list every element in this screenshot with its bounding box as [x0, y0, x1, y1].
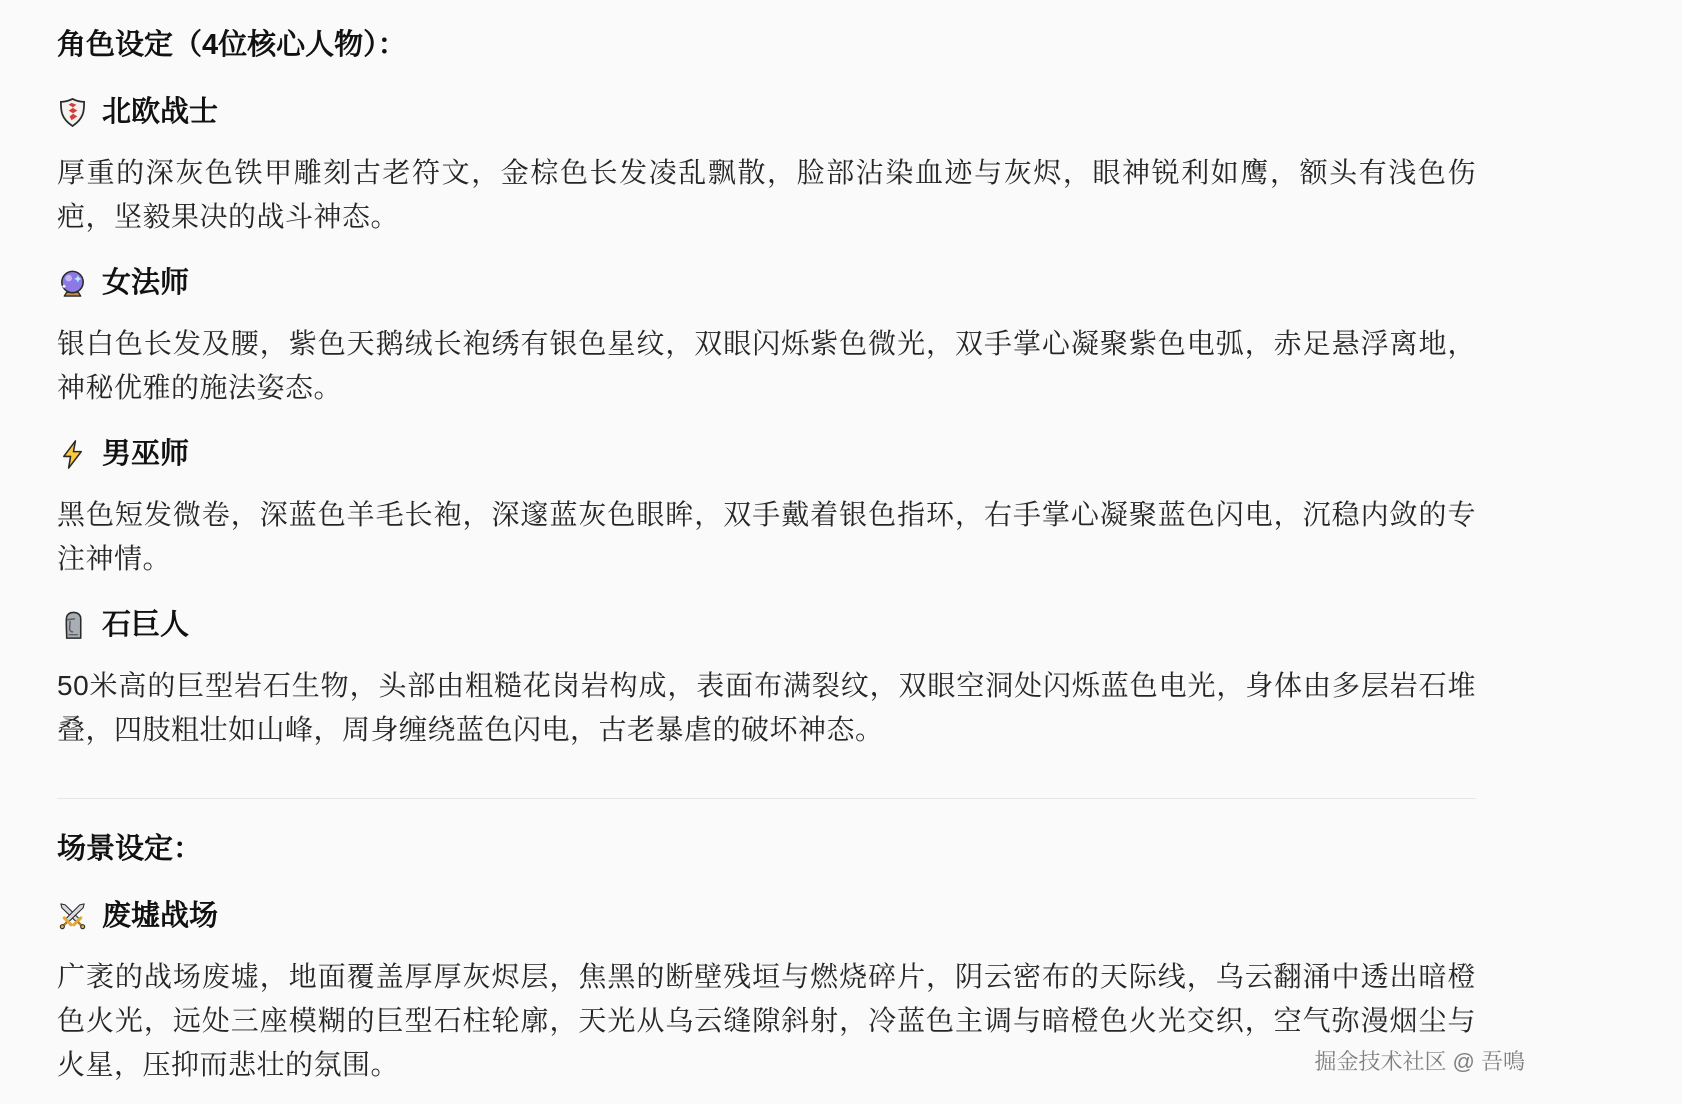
character-description: 50米高的巨型岩石生物，头部由粗糙花岗岩构成，表面布满裂纹，双眼空洞处闪烁蓝色电…	[57, 664, 1476, 752]
watermark-text: 掘金技术社区 @ 吾鳴	[1314, 1048, 1525, 1076]
character-heading-warrior: 北欧战士	[57, 95, 1476, 129]
shield-icon	[57, 97, 88, 128]
character-description: 银白色长发及腰，紫色天鹅绒长袍绣有银色星纹，双眼闪烁紫色微光，双手掌心凝聚紫色电…	[57, 322, 1476, 410]
scene-name: 废墟战场	[102, 899, 218, 933]
document-page: 角色设定（4位核心人物）： 北欧战士 厚重的深灰色铁甲雕刻古老符文，金棕色长发凌…	[0, 0, 1682, 1104]
character-name: 女法师	[102, 266, 189, 300]
character-heading-sorceress: 女法师	[57, 266, 1476, 300]
character-heading-wizard: 男巫师	[57, 437, 1476, 471]
section-divider	[57, 798, 1476, 799]
character-description: 黑色短发微卷，深蓝色羊毛长袍，深邃蓝灰色眼眸，双手戴着银色指环，右手掌心凝聚蓝色…	[57, 493, 1476, 581]
scenes-section-title: 场景设定：	[57, 832, 1476, 866]
character-heading-golem: 石巨人	[57, 608, 1476, 642]
characters-section-title: 角色设定（4位核心人物）：	[57, 28, 1476, 62]
scene-description: 广袤的战场废墟，地面覆盖厚厚灰烬层，焦黑的断壁残垣与燃烧碎片，阴云密布的天际线，…	[57, 955, 1476, 1087]
lightning-icon	[57, 439, 88, 470]
character-name: 北欧战士	[102, 95, 218, 129]
character-description: 厚重的深灰色铁甲雕刻古老符文，金棕色长发凌乱飘散，脸部沾染血迹与灰烬，眼神锐利如…	[57, 151, 1476, 239]
crystal-ball-icon	[57, 268, 88, 299]
character-name: 男巫师	[102, 437, 189, 471]
moai-icon	[57, 610, 88, 641]
character-name: 石巨人	[102, 608, 189, 642]
crossed-swords-icon	[57, 901, 88, 932]
scene-heading-battlefield: 废墟战场	[57, 899, 1476, 933]
